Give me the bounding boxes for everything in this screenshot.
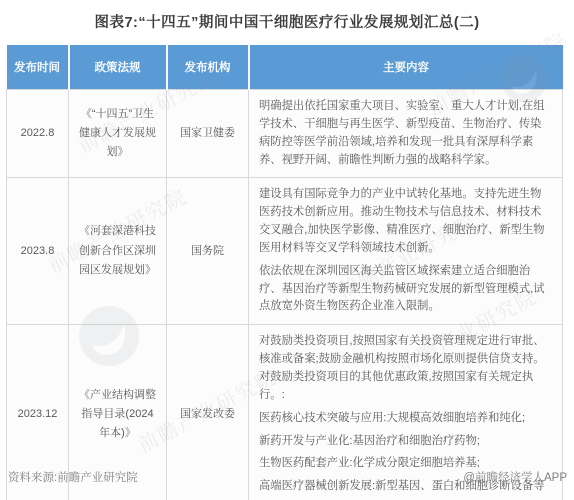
cell-policy-name: 《“十四五”卫生健康人才发展规划》 bbox=[69, 90, 167, 178]
report-figure-page: 图表7:“十四五”期间中国干细胞医疗行业发展规划汇总(二) 发布时间 政策法规 … bbox=[0, 0, 574, 500]
column-header-content: 主要内容 bbox=[249, 45, 563, 90]
content-paragraph: 依法依规在深圳园区海关监管区域探索建立适合细胞治疗、基因治疗等新型生物药械研究发… bbox=[259, 263, 552, 317]
cell-issuing-agency: 国家卫健委 bbox=[167, 90, 249, 178]
content-paragraph: 建设具有国际竞争力的产业中试转化基地。支持先进生物医药技术创新应用。推动生物技术… bbox=[259, 186, 552, 257]
content-paragraph: 对鼓励类投资项目,按照国家有关投资管理规定进行审批、核准或备案;鼓励金融机构按照… bbox=[259, 333, 552, 404]
policy-table: 发布时间 政策法规 发布机构 主要内容 2022.8《“十四五”卫生健康人才发展… bbox=[6, 45, 563, 500]
cell-issuing-agency: 国家发改委 bbox=[167, 325, 249, 500]
content-paragraph: 新药开发与产业化:基因治疗和细胞治疗药物; bbox=[259, 433, 552, 451]
cell-publish-date: 2022.8 bbox=[7, 90, 69, 178]
column-header-date: 发布时间 bbox=[7, 45, 69, 90]
table-body: 2022.8《“十四五”卫生健康人才发展规划》国家卫健委明确提出依托国家重大项目… bbox=[7, 90, 563, 500]
content-paragraph: 医药核心技术突破与应用:大规模高效细胞培养和纯化; bbox=[259, 410, 552, 428]
content-paragraph: 明确提出依托国家重大项目、实验室、重大人才计划,在组学技术、干细胞与再生医学、新… bbox=[259, 98, 552, 169]
table-row: 2023.8《河套深港科技创新合作区深圳园区发展规划》国务院建设具有国际竞争力的… bbox=[7, 178, 563, 325]
cell-publish-date: 2023.8 bbox=[7, 178, 69, 325]
cell-policy-name: 《河套深港科技创新合作区深圳园区发展规划》 bbox=[69, 178, 167, 325]
cell-main-content: 建设具有国际竞争力的产业中试转化基地。支持先进生物医药技术创新应用。推动生物技术… bbox=[249, 178, 563, 325]
app-credit-note: @前瞻经济学人APP bbox=[463, 469, 567, 485]
column-header-policy: 政策法规 bbox=[69, 45, 167, 90]
cell-main-content: 明确提出依托国家重大项目、实验室、重大人才计划,在组学技术、干细胞与再生医学、新… bbox=[249, 90, 563, 178]
table-row: 2022.8《“十四五”卫生健康人才发展规划》国家卫健委明确提出依托国家重大项目… bbox=[7, 90, 563, 178]
data-source-note: 资料来源:前瞻产业研究院 bbox=[8, 469, 138, 485]
column-header-agency: 发布机构 bbox=[167, 45, 249, 90]
table-header: 发布时间 政策法规 发布机构 主要内容 bbox=[7, 45, 563, 90]
cell-issuing-agency: 国务院 bbox=[167, 178, 249, 325]
figure-title: 图表7:“十四五”期间中国干细胞医疗行业发展规划汇总(二) bbox=[0, 11, 574, 32]
